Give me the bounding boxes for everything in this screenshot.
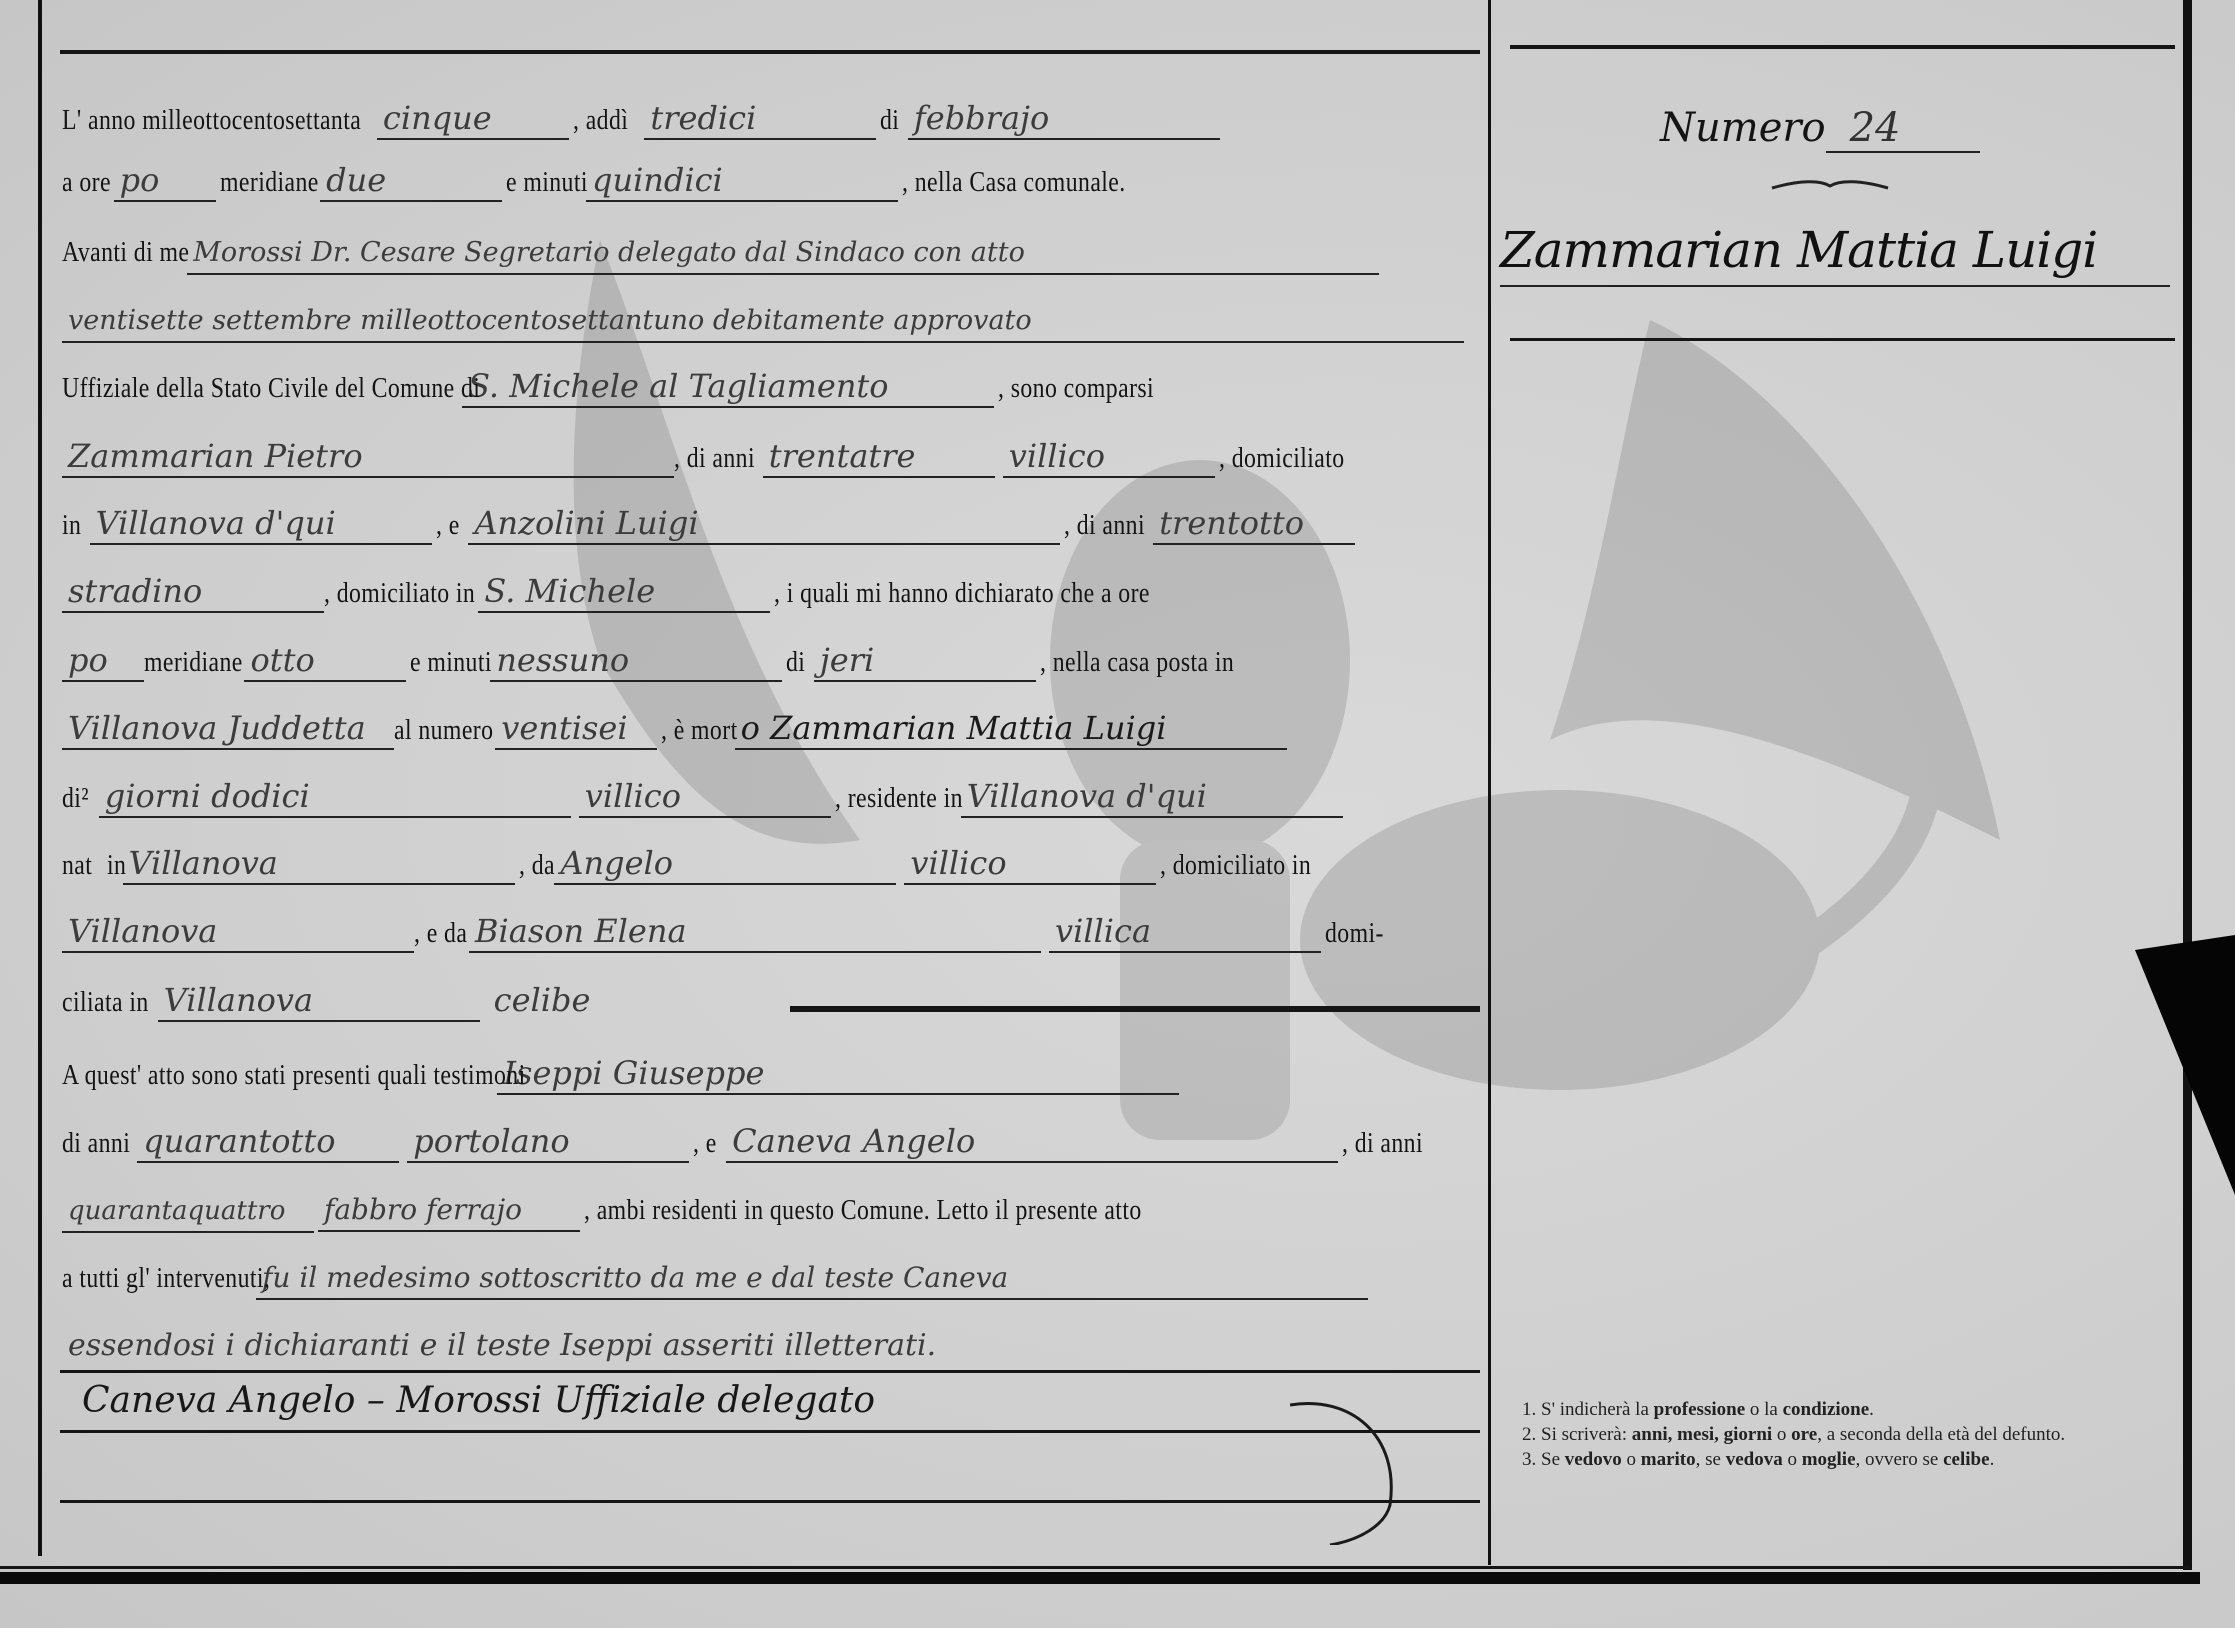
footnote-text: , ovvero se [1856, 1449, 1944, 1470]
handwritten-minutes: quindici [586, 160, 898, 202]
printed-text: Uffiziale della Stato Civile del Comune … [62, 358, 480, 418]
footnote-bold: vedova [1726, 1449, 1783, 1470]
handwritten-age: trentotto [1153, 503, 1355, 545]
footnote-text: , a seconda della età del defunto. [1817, 1424, 2065, 1445]
printed-text: , è mort [661, 700, 738, 760]
handwritten-age: giorni dodici [99, 776, 571, 818]
handwritten-declarant-2: Anzolini Luigi [468, 503, 1060, 545]
handwritten-mother: Biason Elena [469, 911, 1041, 953]
printed-text: nat [62, 835, 92, 895]
printed-text: meridiane [220, 152, 319, 212]
printed-text: , addì [573, 90, 628, 150]
printed-text: , sono comparsi [998, 358, 1154, 418]
printed-text: di [786, 632, 805, 692]
footnote-2: 2. Si scriverà: anni, mesi, giorni o ore… [1522, 1422, 2162, 1447]
line-4: ventisette settembre milleottocentosetta… [62, 290, 1480, 350]
handwritten-birthplace: Villanova [123, 843, 515, 885]
footnote-bold: marito [1641, 1449, 1696, 1470]
deceased-name-margin: Zammarian Mattia Luigi [1500, 215, 2170, 287]
footnote-bold: ore [1791, 1424, 1817, 1445]
printed-text: , i quali mi hanno dichiarato che a ore [774, 563, 1150, 623]
footnote-text: , se [1696, 1449, 1726, 1470]
handwritten-month: febbrajo [908, 98, 1220, 140]
handwritten-declarant-1: Zammarian Pietro [62, 436, 674, 478]
printed-text: , domiciliato in [324, 563, 475, 623]
line-12: natinVillanova, daAngelovillico, domicil… [62, 835, 1480, 895]
printed-text: , e da [414, 903, 467, 963]
handwritten-am-pm: po [62, 640, 144, 682]
printed-text: , e [693, 1113, 717, 1173]
line-7: inVillanova d'qui, eAnzolini Luigi, di a… [62, 495, 1480, 555]
top-rule-right [1510, 45, 2175, 49]
printed-text: , e [436, 495, 460, 555]
footnote-1: 1. S' indicherà la professione o la cond… [1522, 1397, 2162, 1422]
column-divider [1488, 0, 1491, 1565]
line-5: Uffiziale della Stato Civile del Comune … [62, 358, 1480, 418]
line-15: A quest' atto sono stati presenti quali … [62, 1045, 1480, 1105]
printed-text: di anni [62, 1113, 130, 1173]
footnotes: 1. S' indicherà la professione o la cond… [1522, 1397, 2162, 1472]
footnote-text: o [1772, 1424, 1791, 1445]
left-border [38, 0, 42, 1556]
handwritten-officer: Morossi Dr. Cesare Segretario delegato d… [187, 233, 1379, 275]
printed-text: a ore [62, 152, 111, 212]
footnote-text: . [1869, 1399, 1874, 1420]
signature-line-2 [60, 1430, 1480, 1433]
right-border [2183, 0, 2192, 1570]
line-14: ciliata inVillanovacelibe [62, 972, 1480, 1032]
printed-text: meridiane [144, 632, 243, 692]
rule-right-under-name [1510, 338, 2175, 341]
handwritten-profession: villico [1003, 436, 1215, 478]
printed-text: , da [519, 835, 555, 895]
handwritten-year: cinque [377, 98, 569, 140]
printed-text: in [62, 495, 81, 555]
printed-text: a tutti gl' intervenuti, [62, 1248, 270, 1308]
footnote-text: . [1990, 1449, 1995, 1470]
line-9: pomeridianeottoe minutinessunodijeri, ne… [62, 632, 1480, 692]
handwritten-age: quarantaquattro [62, 1191, 314, 1233]
footnote-bold: celibe [1943, 1449, 1989, 1470]
bottom-rule-thick [0, 1572, 2200, 1584]
footnote-bold: professione [1654, 1399, 1745, 1420]
handwritten-domicile: Villanova [158, 980, 480, 1022]
printed-text: L' anno milleottocentosettanta [62, 90, 361, 150]
page-edge-mark-icon [2125, 935, 2235, 1195]
printed-text: di [880, 90, 899, 150]
line-18: a tutti gl' intervenuti,fu il medesimo s… [62, 1248, 1480, 1308]
handwritten-witness-2: Caneva Angelo [726, 1121, 1338, 1163]
handwritten-father: Angelo [554, 843, 896, 885]
printed-text: , di anni [1064, 495, 1145, 555]
printed-text: e minuti [410, 632, 492, 692]
handwritten-delegation: ventisette settembre milleottocentosetta… [62, 301, 1464, 343]
handwritten-residence: Villanova d'qui [961, 776, 1343, 818]
handwritten-closing-2: essendosi i dichiaranti e il teste Isepp… [62, 1326, 1464, 1366]
footnote-bold: moglie [1802, 1449, 1856, 1470]
printed-text: Avanti di me [62, 222, 189, 282]
handwritten-profession: portolano [407, 1121, 689, 1163]
line-8: stradino, domiciliato inS. Michele, i qu… [62, 563, 1480, 623]
handwritten-profession: villica [1049, 911, 1321, 953]
line-6: Zammarian Pietro, di annitrentatrevillic… [62, 428, 1480, 488]
line-16: di anniquarantottoportolano, eCaneva Ang… [62, 1113, 1480, 1173]
footnote-text: o [1622, 1449, 1641, 1470]
signature-flourish-icon [1290, 1395, 1410, 1545]
handwritten-deceased: o Zammarian Mattia Luigi [735, 708, 1287, 750]
printed-text: domi- [1325, 903, 1384, 963]
signature-line-3 [60, 1500, 1480, 1503]
printed-text: ciliata in [62, 972, 149, 1032]
line-10: Villanova Juddettaal numeroventisei, è m… [62, 700, 1480, 760]
line-11: di²giorni dodicivillico, residente inVil… [62, 768, 1480, 828]
line-2: a orepomeridianeduee minutiquindici, nel… [62, 152, 1480, 212]
handwritten-domicile: Villanova [62, 911, 414, 953]
footnote-text: Si scriverà: [1541, 1424, 1632, 1445]
footnote-text: S' indicherà la [1541, 1399, 1654, 1420]
bottom-rule-thin [0, 1566, 2190, 1569]
footnote-number: 3. [1522, 1449, 1536, 1470]
handwritten-age: trentatre [763, 436, 995, 478]
handwritten-hour: due [320, 160, 502, 202]
handwritten-minutes: nessuno [490, 640, 782, 682]
line-3: Avanti di meMorossi Dr. Cesare Segretari… [62, 222, 1480, 282]
handwritten-domicile: Villanova d'qui [90, 503, 432, 545]
printed-text: , domiciliato [1219, 428, 1345, 488]
handwritten-profession: villico [579, 776, 831, 818]
printed-text: in [107, 835, 126, 895]
printed-text: al numero [394, 700, 493, 760]
footnote-3: 3. Se vedovo o marito, se vedova o mogli… [1522, 1447, 2162, 1472]
footnote-bold: anni, mesi, giorni [1632, 1424, 1772, 1445]
footnote-number: 2. [1522, 1424, 1536, 1445]
entry-number: Numero24 [1660, 105, 1980, 153]
handwritten-witness-1: Iseppi Giuseppe [497, 1053, 1179, 1095]
handwritten-civil-status: celibe [488, 980, 700, 1020]
printed-text: , di anni [674, 428, 755, 488]
printed-text: A quest' atto sono stati presenti quali … [62, 1045, 526, 1105]
footnote-number: 1. [1522, 1399, 1536, 1420]
numero-label: Numero [1660, 105, 1826, 151]
printed-text: , nella Casa comunale. [902, 152, 1126, 212]
line-13: Villanova, e daBiason Elenavillicadomi- [62, 903, 1480, 963]
printed-text: , residente in [835, 768, 963, 828]
handwritten-profession: fabbro ferrajo [318, 1190, 580, 1232]
handwritten-profession: villico [904, 843, 1156, 885]
handwritten-hour: otto [244, 640, 406, 682]
footnote-bold: condizione [1783, 1399, 1870, 1420]
printed-text: e minuti [506, 152, 588, 212]
handwritten-am-pm: po [114, 160, 216, 202]
ornament-tilde-icon [1770, 178, 1890, 192]
numero-value: 24 [1826, 105, 1980, 153]
handwritten-age: quarantotto [137, 1121, 399, 1163]
handwritten-domicile: S. Michele [478, 571, 770, 613]
footnote-text: o [1783, 1449, 1802, 1470]
line-17: quarantaquattrofabbro ferrajo, ambi resi… [62, 1180, 1480, 1240]
line-1: L' anno milleottocentosettantacinque, ad… [62, 90, 1480, 150]
printed-text: , domiciliato in [1160, 835, 1311, 895]
printed-text: , di anni [1342, 1113, 1423, 1173]
handwritten-closing-1: fu il medesimo sottoscritto da me e dal … [256, 1258, 1368, 1300]
signatures: Caneva Angelo – Morossi Uffiziale delega… [82, 1380, 875, 1421]
handwritten-house-number: ventisei [495, 708, 657, 750]
printed-text: di² [62, 768, 89, 828]
line-19: essendosi i dichiaranti e il teste Isepp… [62, 1316, 1480, 1376]
footnote-text: o la [1745, 1399, 1782, 1420]
footnote-text: Se [1541, 1449, 1565, 1470]
printed-text: , ambi residenti in questo Comune. Letto… [584, 1180, 1142, 1240]
printed-text: , nella casa posta in [1040, 632, 1234, 692]
footnote-bold: vedovo [1565, 1449, 1622, 1470]
handwritten-day: tredici [644, 98, 876, 140]
top-rule-left [60, 50, 1480, 54]
handwritten-comune: S. Michele al Tagliamento [462, 366, 994, 408]
handwritten-day: jeri [814, 640, 1036, 682]
handwritten-house: Villanova Juddetta [62, 708, 394, 750]
handwritten-profession: stradino [62, 571, 324, 613]
